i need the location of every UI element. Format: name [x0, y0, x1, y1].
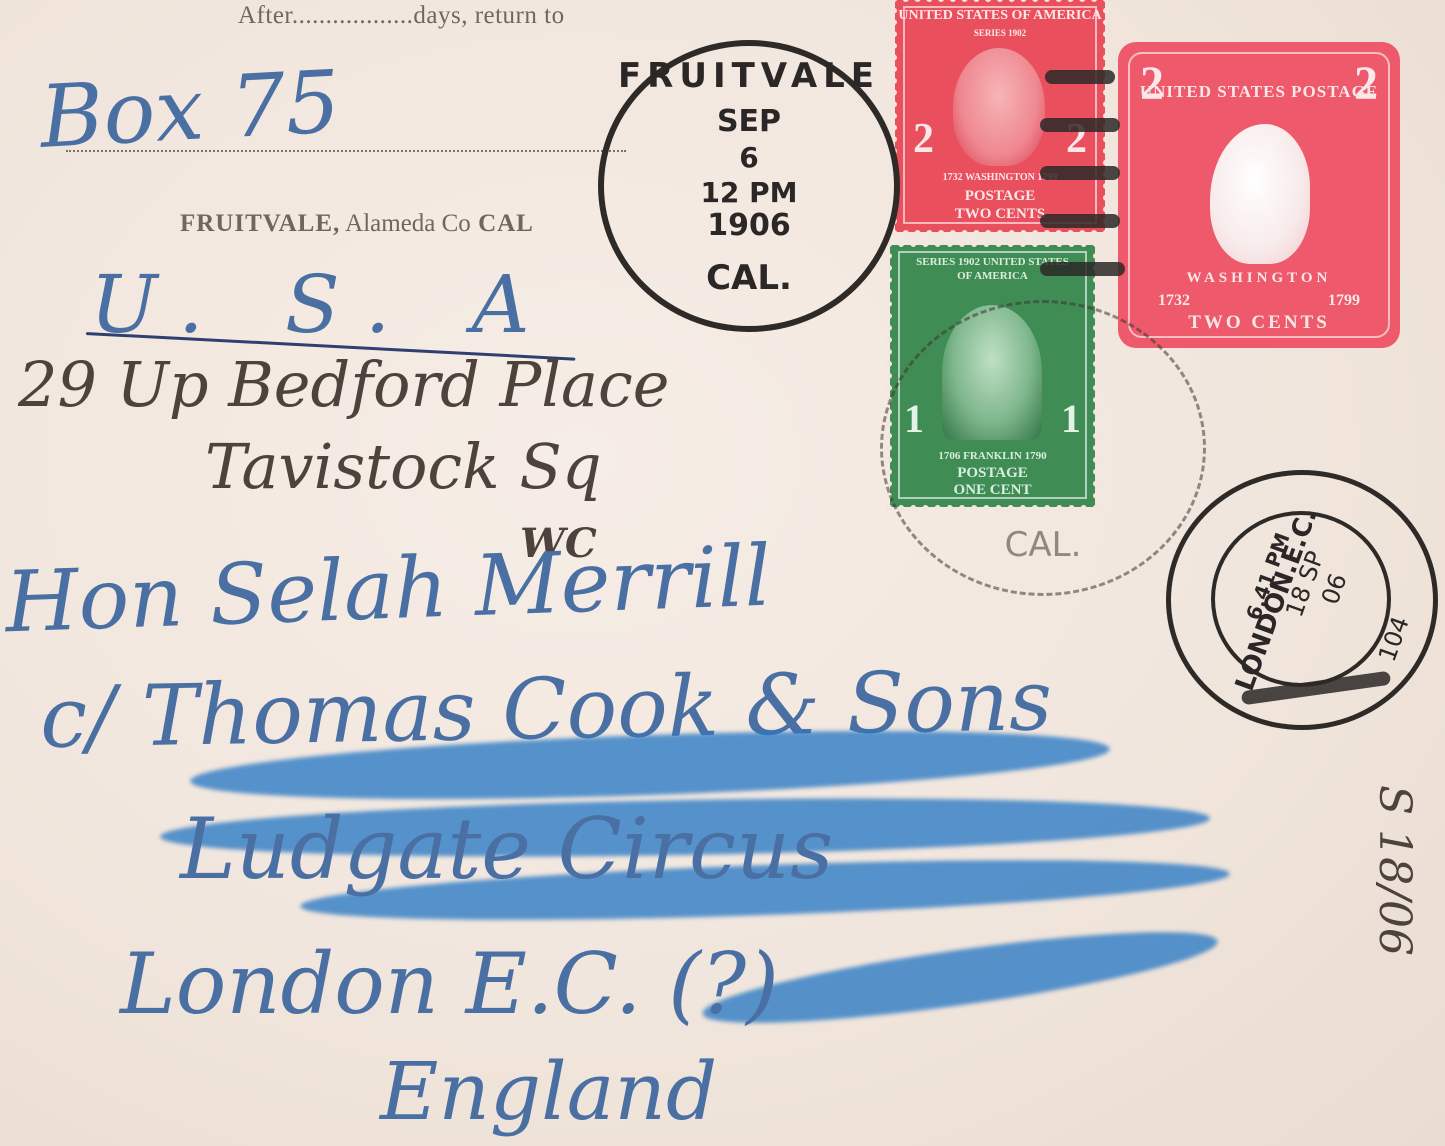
indicium-caption: WASHINGTON — [1118, 270, 1400, 287]
handwritten-box-note: Box 75 — [38, 52, 343, 168]
london-postmark: LONDON.E.C. 6.41 PM 18 SP 06 104 — [1166, 470, 1438, 730]
indicium-year-left: 1732 — [1118, 292, 1190, 310]
stamp-washington-2c: UNITED STATES OF AMERICA SERIES 1902 2 2… — [895, 0, 1105, 232]
city-line: London E.C. (?) — [120, 935, 779, 1033]
stamp-header: UNITED STATES OF AMERICA — [895, 8, 1105, 24]
printed-sender-town: FRUITVALE, Alameda Co CAL — [180, 210, 534, 238]
sender-state: CAL — [471, 210, 534, 237]
stamp-footer-postage: POSTAGE — [895, 188, 1105, 205]
postmark-month: SEP — [604, 104, 894, 139]
envelope: After..................days, return to F… — [0, 0, 1445, 1146]
cancel-bar — [1045, 70, 1115, 84]
fruitvale-postmark-faint: CAL. — [880, 300, 1206, 596]
postmark-town: FRUITVALE — [604, 56, 894, 96]
side-date-note: S 18/06 — [1369, 785, 1420, 956]
recipient-name: Hon Selah Merrill — [4, 527, 773, 652]
cancel-bar — [1040, 118, 1120, 132]
postmark-day: 6 — [604, 141, 894, 174]
postmark-state: CAL. — [883, 525, 1203, 565]
return-instruction: After..................days, return to — [238, 2, 565, 30]
sender-town: FRUITVALE, — [180, 210, 340, 237]
postmark-year: 1906 — [604, 208, 894, 243]
redirect-address-line-2: Tavistock Sq — [205, 430, 602, 503]
cancel-bar — [1040, 262, 1125, 276]
postmark-time: 12 PM — [604, 176, 894, 209]
indicium-year-right: 1799 — [1328, 292, 1400, 310]
stamp-series: SERIES 1902 — [895, 28, 1105, 38]
embossed-indicium-2c: 2 2 UNITED STATES POSTAGE WASHINGTON 173… — [1118, 42, 1400, 348]
postmark-state: CAL. — [604, 258, 894, 298]
redirect-address-line-1: 29 Up Bedford Place — [18, 348, 669, 421]
fruitvale-postmark: FRUITVALE SEP 6 12 PM 1906 CAL. — [598, 40, 900, 332]
cancel-bar — [1040, 166, 1120, 180]
country-line: England — [380, 1045, 717, 1138]
cancel-bar — [1040, 214, 1120, 228]
street-line: Ludgate Circus — [180, 800, 833, 898]
indicium-header: UNITED STATES POSTAGE — [1118, 82, 1400, 102]
sender-county: Alameda Co — [340, 210, 471, 237]
stamp-denomination-left: 2 — [913, 115, 934, 163]
washington-portrait-icon — [953, 48, 1045, 166]
indicium-footer: TWO CENTS — [1118, 312, 1400, 334]
